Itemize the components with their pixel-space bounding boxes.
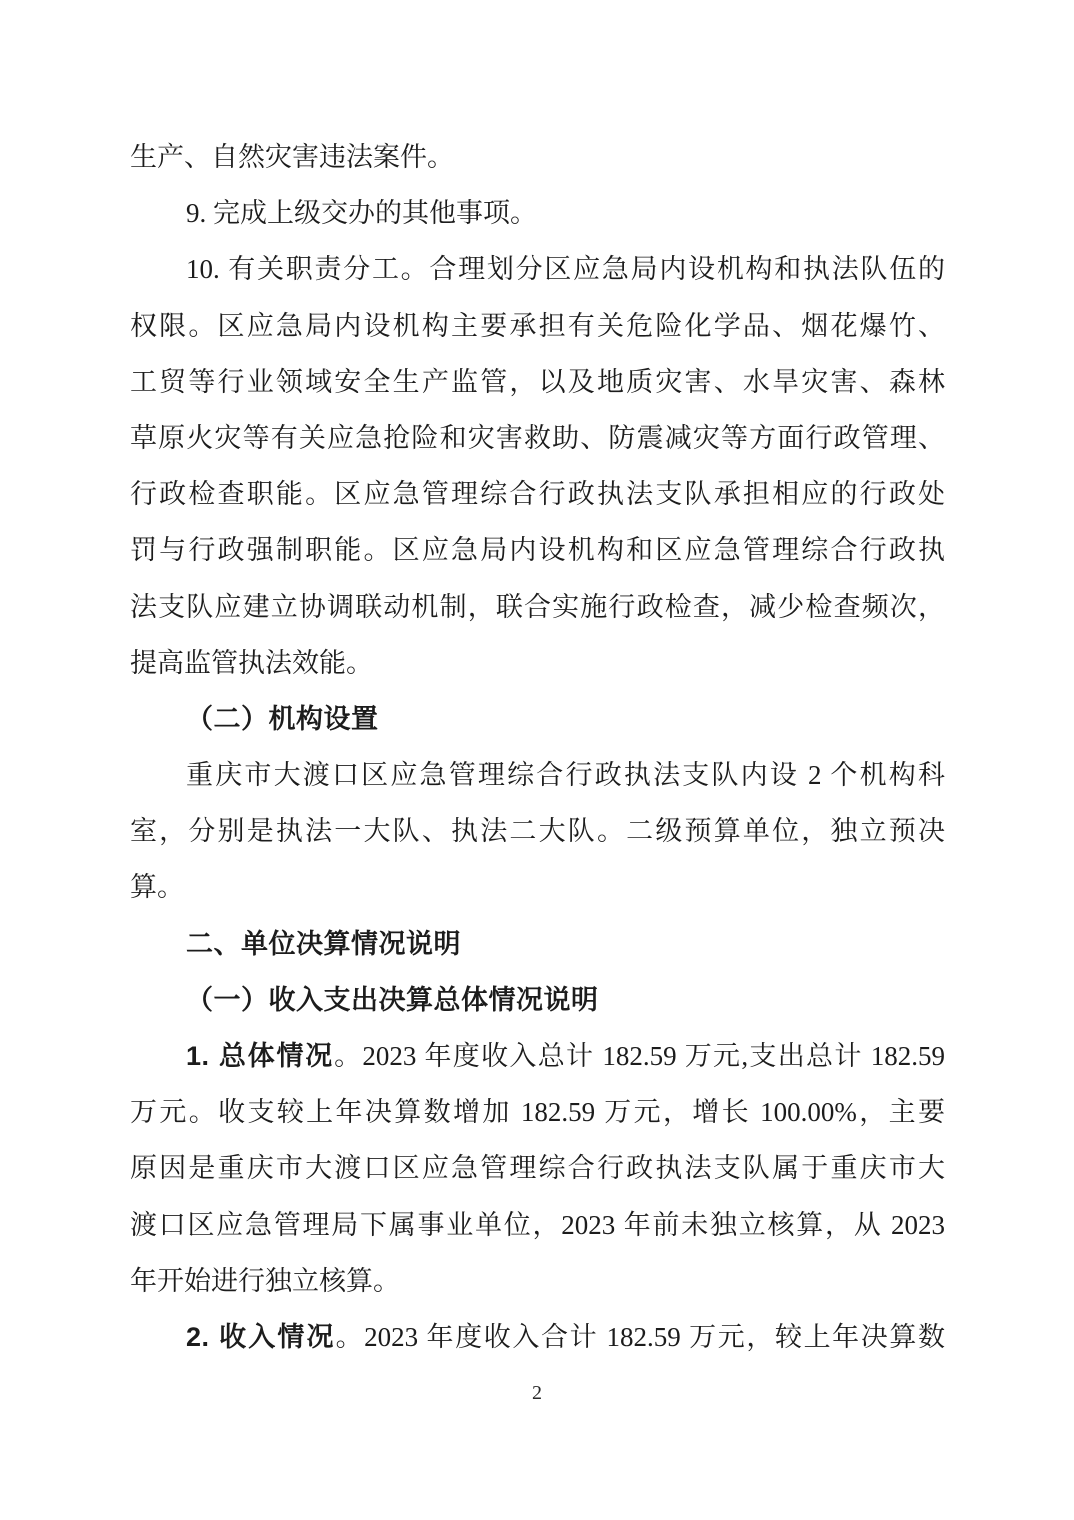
line-bold-text: 1. 总体情况: [186, 1041, 334, 1071]
document-page: 生产、自然灾害违法案件。 9. 完成上级交办的其他事项。 10. 有关职责分工。…: [0, 0, 1074, 1520]
line-text: 工贸等行业领域安全生产监管，以及地质灾害、水旱灾害、森林: [130, 367, 945, 397]
document-line: 年开始进行独立核算。: [130, 1253, 945, 1309]
page-number: 2: [0, 1382, 1074, 1405]
line-text: 。2023 年度收入总计 182.59 万元,支出总计 182.59: [334, 1041, 945, 1071]
line-text: 渡口区应急管理局下属事业单位，2023 年前未独立核算，从 2023: [130, 1210, 945, 1240]
line-bold-text: 2. 收入情况: [186, 1322, 336, 1352]
document-line: 万元。收支较上年决算数增加 182.59 万元，增长 100.00%，主要: [130, 1084, 945, 1140]
line-text: 法支队应建立协调联动机制，联合实施行政检查，减少检查频次，: [130, 592, 945, 622]
document-line: 罚与行政强制职能。区应急局内设机构和区应急管理综合行政执: [130, 522, 945, 578]
section-heading: （二）机构设置: [130, 691, 945, 747]
document-line: 行政检查职能。区应急管理综合行政执法支队承担相应的行政处: [130, 466, 945, 522]
document-line: 提高监管执法效能。: [130, 635, 945, 691]
line-text: 10. 有关职责分工。合理划分区应急局内设机构和执法队伍的: [186, 254, 945, 284]
line-text: 权限。区应急局内设机构主要承担有关危险化学品、烟花爆竹、: [130, 311, 945, 341]
document-line: 室，分别是执法一大队、执法二大队。二级预算单位，独立预决: [130, 803, 945, 859]
document-line: 生产、自然灾害违法案件。: [130, 129, 945, 185]
line-text: 室，分别是执法一大队、执法二大队。二级预算单位，独立预决: [130, 816, 945, 846]
line-text: 提高监管执法效能。: [130, 648, 373, 678]
section-heading: 二、单位决算情况说明: [130, 916, 945, 972]
line-text: 算。: [130, 872, 184, 902]
line-bold-text: （一）收入支出决算总体情况说明: [186, 985, 599, 1015]
document-line: 草原火灾等有关应急抢险和灾害救助、防震减灾等方面行政管理、: [130, 410, 945, 466]
document-line: 权限。区应急局内设机构主要承担有关危险化学品、烟花爆竹、: [130, 298, 945, 354]
document-line: 法支队应建立协调联动机制，联合实施行政检查，减少检查频次，: [130, 579, 945, 635]
line-text: 生产、自然灾害违法案件。: [130, 142, 454, 172]
document-line: 10. 有关职责分工。合理划分区应急局内设机构和执法队伍的: [130, 241, 945, 297]
document-line: 算。: [130, 859, 945, 915]
document-line: 1. 总体情况。2023 年度收入总计 182.59 万元,支出总计 182.5…: [130, 1028, 945, 1084]
line-text: 年开始进行独立核算。: [130, 1266, 400, 1296]
document-line: 2. 收入情况。2023 年度收入合计 182.59 万元，较上年决算数: [130, 1309, 945, 1365]
document-line: 工贸等行业领域安全生产监管，以及地质灾害、水旱灾害、森林: [130, 354, 945, 410]
line-text: 。2023 年度收入合计 182.59 万元，较上年决算数: [336, 1322, 945, 1352]
line-text: 罚与行政强制职能。区应急局内设机构和区应急管理综合行政执: [130, 535, 945, 565]
line-text: 草原火灾等有关应急抢险和灾害救助、防震减灾等方面行政管理、: [130, 423, 945, 453]
line-text: 万元。收支较上年决算数增加 182.59 万元，增长 100.00%，主要: [130, 1097, 945, 1127]
line-text: 重庆市大渡口区应急管理综合行政执法支队内设 2 个机构科: [186, 760, 945, 790]
line-text: 9. 完成上级交办的其他事项。: [186, 198, 537, 228]
line-text: 行政检查职能。区应急管理综合行政执法支队承担相应的行政处: [130, 479, 945, 509]
document-line: 9. 完成上级交办的其他事项。: [130, 185, 945, 241]
document-line: 重庆市大渡口区应急管理综合行政执法支队内设 2 个机构科: [130, 747, 945, 803]
line-text: 原因是重庆市大渡口区应急管理综合行政执法支队属于重庆市大: [130, 1153, 945, 1183]
document-line: 渡口区应急管理局下属事业单位，2023 年前未独立核算，从 2023: [130, 1197, 945, 1253]
text-block: 生产、自然灾害违法案件。 9. 完成上级交办的其他事项。 10. 有关职责分工。…: [130, 129, 945, 1365]
section-heading: （一）收入支出决算总体情况说明: [130, 972, 945, 1028]
line-bold-text: （二）机构设置: [186, 704, 379, 734]
line-bold-text: 二、单位决算情况说明: [186, 929, 461, 959]
document-line: 原因是重庆市大渡口区应急管理综合行政执法支队属于重庆市大: [130, 1140, 945, 1196]
